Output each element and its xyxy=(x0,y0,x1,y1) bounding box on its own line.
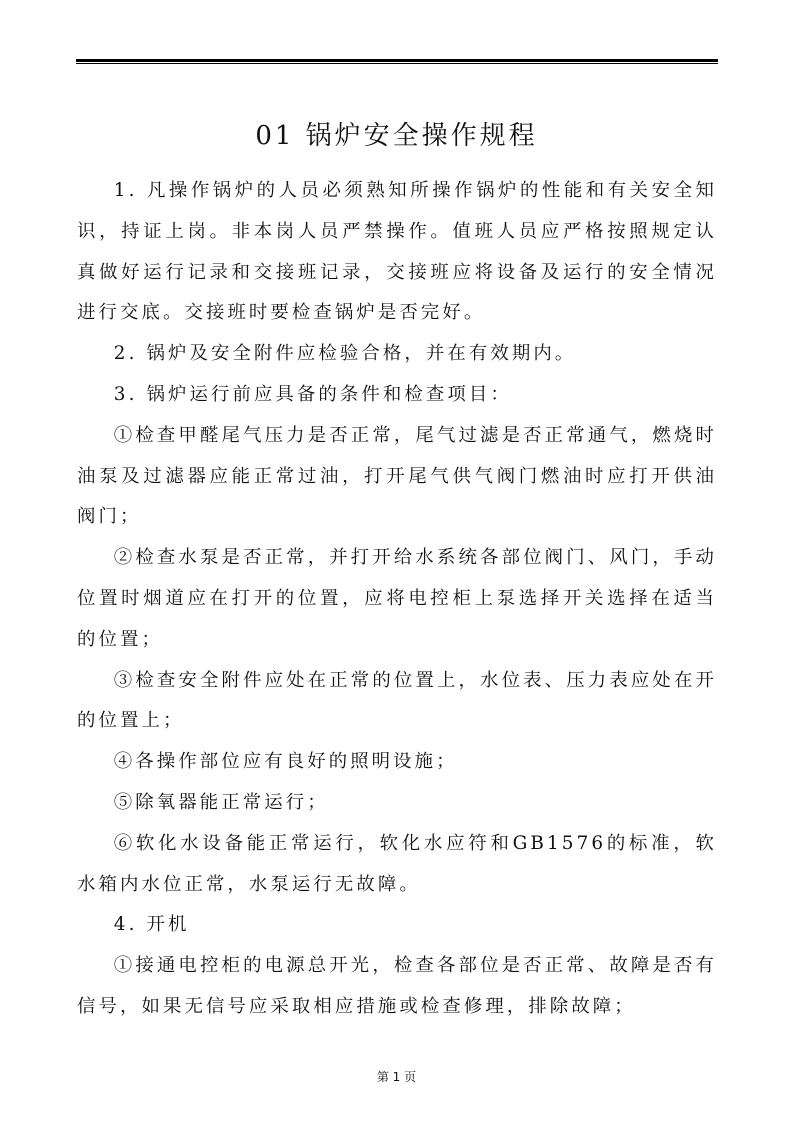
paragraph-3-item-1: ①检查甲醛尾气压力是否正常，尾气过滤是否正常通气，燃烧时油泵及过滤器应能正常过油… xyxy=(77,416,717,538)
paragraph-2: 2. 锅炉及安全附件应检验合格，并在有效期内。 xyxy=(77,334,717,375)
paragraph-3-item-3: ③检查安全附件应处在正常的位置上，水位表、压力表应处在开的位置上； xyxy=(77,661,717,743)
paragraph-3-item-5: ⑤除氧器能正常运行； xyxy=(77,783,717,824)
header-rule-thin xyxy=(76,63,718,64)
paragraph-4-item-1: ①接通电控柜的电源总开光，检查各部位是否正常、故障是否有信号，如果无信号应采取相… xyxy=(77,946,717,1028)
paragraph-3-item-2: ②检查水泵是否正常，并打开给水系统各部位阀门、风门，手动位置时烟道应在打开的位置… xyxy=(77,538,717,660)
page-title: 01 锅炉安全操作规程 xyxy=(0,116,793,156)
paragraph-4: 4. 开机 xyxy=(77,905,717,946)
paragraph-3-item-6: ⑥软化水设备能正常运行，软化水应符和GB1576的标准，软水箱内水位正常，水泵运… xyxy=(77,824,717,906)
header-rule-thick xyxy=(76,59,718,62)
document-body: 1. 凡操作锅炉的人员必须熟知所操作锅炉的性能和有关安全知识，持证上岗。非本岗人… xyxy=(77,171,717,1028)
page-number: 第 1 页 xyxy=(0,1068,793,1085)
paragraph-3: 3. 锅炉运行前应具备的条件和检查项目： xyxy=(77,375,717,416)
paragraph-1: 1. 凡操作锅炉的人员必须熟知所操作锅炉的性能和有关安全知识，持证上岗。非本岗人… xyxy=(77,171,717,334)
paragraph-3-item-4: ④各操作部位应有良好的照明设施； xyxy=(77,742,717,783)
